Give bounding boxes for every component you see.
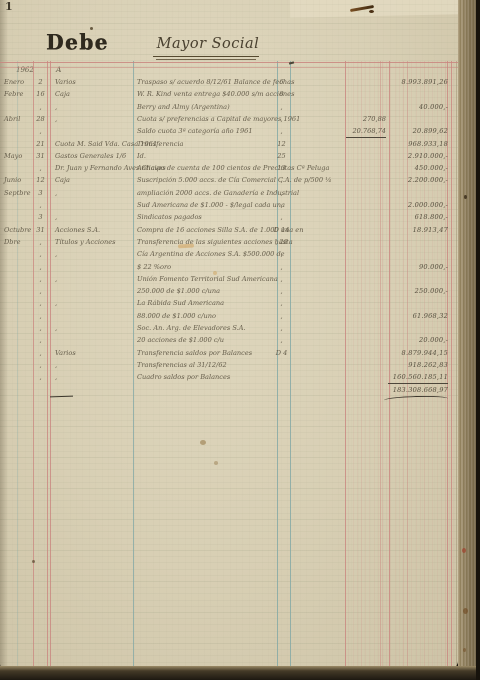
- cell-day: ‚: [34, 273, 47, 285]
- cell-amount: 968.933,18: [388, 138, 448, 150]
- cell-account: Títulos y Acciones: [55, 236, 135, 248]
- ink-tick: [289, 61, 294, 64]
- cell-desc: W. R. Kind venta entrega $40.000 s/m acc…: [137, 88, 273, 100]
- title-underline-2: [156, 59, 256, 60]
- cell-day: 28: [34, 113, 47, 125]
- cell-day: ‚: [34, 285, 47, 297]
- book-bottom-edge: [0, 666, 476, 680]
- ledger-row: ‚VariosTransferencia saldos por Balances…: [0, 347, 458, 359]
- ledger-row: ‚‚Berry and Almy (Argentina)‚40.000,-: [0, 101, 458, 113]
- cell-account: Varios: [55, 347, 135, 359]
- cell-folio: D 14: [273, 224, 290, 236]
- ledger-row: ‚Dr. Juan y Fernando Aves ChavesAnticipo…: [0, 162, 458, 174]
- cell-amount: 618.800,-: [388, 211, 448, 223]
- cell-desc: Compra de 16 acciones Silla S.A. de 1.00…: [137, 224, 273, 236]
- cell-folio: ‚: [273, 285, 290, 297]
- orange-stain: [178, 244, 194, 249]
- ledger-row: ‚‚Unión Fomento Territorial Sud American…: [0, 273, 458, 285]
- ledger-row: ‚Sud Americana de $1.000 - $/legal cada …: [0, 199, 458, 211]
- cell-account: ‚: [55, 211, 135, 223]
- cell-account: Caja: [55, 88, 135, 100]
- cell-date: Octubre: [4, 224, 33, 236]
- ledger-row: Febre16CajaW. R. Kind venta entrega $40.…: [0, 88, 458, 100]
- cell-day: ‚: [34, 310, 47, 322]
- ledger-row: ‚‚Cía Argentina de Acciones S.A. $500.00…: [0, 248, 458, 260]
- cell-date: Mayo: [4, 150, 33, 162]
- ledger-row: ‚‚La Rábida Sud Americana‚: [0, 297, 458, 309]
- cell-desc: Cuota s/ preferencias a Capital de mayor…: [137, 113, 273, 125]
- cell-desc: Soc. An. Arg. de Elevadores S.A.: [137, 322, 273, 334]
- cell-day: ‚: [34, 199, 47, 211]
- total-rule-left: [50, 396, 73, 398]
- stain-dot: [200, 440, 206, 445]
- cell-account: Varios: [55, 76, 135, 88]
- cell-day: ‚: [34, 347, 47, 359]
- cell-desc: $ 22 %oro: [137, 261, 273, 273]
- cell-amount: 450.000,-: [388, 162, 448, 174]
- ledger-row: ‚‚Cuadro saldos por Balances160.560.185,…: [0, 371, 458, 383]
- ledger-row: 3‚Sindicatos pagados‚618.800,-: [0, 211, 458, 223]
- page-number: 1: [5, 0, 13, 13]
- ledger-book-photo: 1 Debe Mayor Social 1962 A Enero2VariosT…: [0, 0, 480, 680]
- cell-day: ‚: [34, 101, 47, 113]
- ledger-row: ‚20 acciones de $1.000 c/u‚20.000,-: [0, 334, 458, 346]
- cell-day: 3: [34, 211, 47, 223]
- cell-day: ‚: [34, 359, 47, 371]
- cell-desc: Transferencia saldos por Balances: [137, 347, 273, 359]
- stain-dot: [213, 271, 217, 275]
- cell-day: 31: [34, 224, 47, 236]
- cell-desc: Saldo cuota 3ª categoría año 1961: [137, 125, 273, 137]
- cell-folio: 8: [273, 88, 290, 100]
- page-title-debe: Debe: [46, 29, 109, 54]
- cell-folio: 6: [273, 76, 290, 88]
- cell-desc: La Rábida Sud Americana: [137, 297, 273, 309]
- cell-desc: Cuadro saldos por Balances: [137, 371, 273, 383]
- edge-mark-red: [462, 548, 466, 553]
- cell-day: ‚: [34, 162, 47, 174]
- cell-day: ‚: [34, 371, 47, 383]
- cell-desc: Id.: [137, 150, 273, 162]
- cell-folio: ‚: [273, 113, 290, 125]
- ledger-row: ‚88.000 de $1.000 c/uno‚61.968,32: [0, 310, 458, 322]
- cell-amount: 90.000,-: [388, 261, 448, 273]
- ledger-row: Septbre3‚ampliación 2000 accs. de Ganade…: [0, 187, 458, 199]
- cell-desc: Transferencia: [137, 138, 273, 150]
- cell-account: ‚: [55, 273, 135, 285]
- ledger-row: ‚250.000 de $1.000 c/una‚250.000,-: [0, 285, 458, 297]
- cell-desc: 88.000 de $1.000 c/uno: [137, 310, 273, 322]
- cell-account: ‚: [55, 248, 135, 260]
- cell-amount: 160.560.185,11: [388, 371, 448, 384]
- cell-folio: 13: [273, 162, 290, 174]
- cell-desc: ampliación 2000 accs. de Ganadería e Ind…: [137, 187, 273, 199]
- cell-amount: 2.200.000,-: [388, 174, 448, 186]
- edge-speck: [464, 195, 467, 199]
- cell-date: Enero: [4, 76, 33, 88]
- stain-dot: [32, 560, 35, 563]
- cell-day: 21: [34, 138, 47, 150]
- ledger-row: Octubre31Acciones S.A.Compra de 16 accio…: [0, 224, 458, 236]
- ledger-row: 21Cuota M. Said Vda. Casa 1961Transferen…: [0, 138, 458, 150]
- cell-folio: ‚: [273, 101, 290, 113]
- book-fore-edge: [458, 0, 476, 672]
- cell-amount: 18.913,47: [388, 224, 448, 236]
- paper-speck: [90, 27, 93, 30]
- cell-amount: 61.968,32: [388, 310, 448, 322]
- title-underline: [153, 56, 259, 57]
- cell-account: Cuota M. Said Vda. Casa 1961: [55, 138, 135, 150]
- cell-day: ‚: [34, 297, 47, 309]
- cell-desc: 20 acciones de $1.000 c/u: [137, 334, 273, 346]
- cell-folio: 12: [273, 138, 290, 150]
- ledger-row: ‚‚Transferencias al 31/12/62918.262,83: [0, 359, 458, 371]
- cell-desc: Traspaso s/ acuerdo 8/12/61 Balance de f…: [137, 76, 273, 88]
- background-right: [476, 0, 480, 680]
- cell-desc: Suscripción 5.000 accs. de Cía Comercial…: [137, 174, 273, 186]
- cell-amount: 40.000,-: [388, 101, 448, 113]
- cell-account: Gastos Generales 1/6: [55, 150, 135, 162]
- cell-sub: 270,88: [346, 113, 386, 125]
- cell-folio: D 4: [273, 347, 290, 359]
- cell-day: ‚: [34, 261, 47, 273]
- cell-folio: ‚: [273, 125, 290, 137]
- cell-folio: ‚: [273, 273, 290, 285]
- cell-date: Dbre: [4, 236, 33, 248]
- cell-day: 2: [34, 76, 47, 88]
- cell-desc: Sindicatos pagados: [137, 211, 273, 223]
- stain-dot: [214, 461, 218, 465]
- cell-account: Dr. Juan y Fernando Aves Chaves: [55, 162, 135, 174]
- cell-amount: 2.000.000,-: [388, 199, 448, 211]
- ledger-row: Junio12CajaSuscripción 5.000 accs. de Cí…: [0, 174, 458, 186]
- cell-account: Acciones S.A.: [55, 224, 135, 236]
- cell-desc: Anticipo de cuenta de 100 cientos de Pre…: [137, 162, 273, 174]
- cell-sub: 20.768,74: [346, 125, 386, 138]
- cell-account: Caja: [55, 174, 135, 186]
- cell-desc: Transferencia de las siguientes acciones…: [137, 236, 273, 248]
- cell-day: ‚: [34, 322, 47, 334]
- cell-account: ‚: [55, 297, 135, 309]
- cell-day: 31: [34, 150, 47, 162]
- cell-folio: ‚: [273, 174, 290, 186]
- ledger-row: ‚Saldo cuota 3ª categoría año 1961‚20.76…: [0, 125, 458, 137]
- cell-folio: ‚: [273, 199, 290, 211]
- cell-day: 3: [34, 187, 47, 199]
- cell-desc: Unión Fomento Territorial Sud Americana: [137, 273, 273, 285]
- cell-day: ‚: [34, 125, 47, 137]
- cell-date: Abril: [4, 113, 33, 125]
- cell-amount: 20.899,62: [388, 125, 448, 137]
- cell-folio: ‚: [273, 334, 290, 346]
- page-title-mayor-social: Mayor Social: [153, 36, 263, 52]
- edge-mark: [463, 648, 466, 652]
- cell-day: 16: [34, 88, 47, 100]
- cell-amount: 250.000,-: [388, 285, 448, 297]
- cell-day: ‚: [34, 236, 47, 248]
- cell-amount: 8.879.944,15: [388, 347, 448, 359]
- ledger-row: Mayo31Gastos Generales 1/6Id.252.910.000…: [0, 150, 458, 162]
- cell-account: ‚: [55, 371, 135, 383]
- cell-folio: ‚: [273, 211, 290, 223]
- cell-amount: 918.262,83: [388, 359, 448, 371]
- cell-desc: Transferencias al 31/12/62: [137, 359, 273, 371]
- ledger-page: 1 Debe Mayor Social 1962 A Enero2VariosT…: [0, 0, 458, 668]
- ledger-row: Abril28‚Cuota s/ preferencias a Capital …: [0, 113, 458, 125]
- ledger-row: Enero2VariosTraspaso s/ acuerdo 8/12/61 …: [0, 76, 458, 88]
- cell-account: ‚: [55, 359, 135, 371]
- cell-desc: Berry and Almy (Argentina): [137, 101, 273, 113]
- cell-folio: ‚ 28: [273, 236, 290, 248]
- cell-folio: 25: [273, 150, 290, 162]
- cell-date: Septbre: [4, 187, 33, 199]
- cell-day: ‚: [34, 248, 47, 260]
- cell-desc: Cía Argentina de Acciones S.A. $500.000 …: [137, 248, 273, 260]
- cell-account: ‚: [55, 322, 135, 334]
- cell-desc: 250.000 de $1.000 c/una: [137, 285, 273, 297]
- cell-folio: ‚: [273, 310, 290, 322]
- underlying-page-edge: [290, 0, 460, 18]
- cell-desc: Sud Americana de $1.000 - $/legal cada u…: [137, 199, 273, 211]
- cell-account: ‚: [55, 101, 135, 113]
- cell-folio: ‚: [273, 261, 290, 273]
- ledger-row: ‚‚Soc. An. Arg. de Elevadores S.A.‚: [0, 322, 458, 334]
- cell-folio: ‚: [273, 297, 290, 309]
- cell-account: ‚: [55, 113, 135, 125]
- grand-total-flourish-rule: [384, 395, 448, 404]
- cell-folio: ‚: [273, 248, 290, 260]
- cell-amount: 183.308.668,97: [388, 384, 448, 396]
- edge-mark: [463, 608, 468, 614]
- cell-date: Febre: [4, 88, 33, 100]
- header-rule: [0, 67, 458, 68]
- ledger-row: 183.308.668,97: [0, 384, 458, 396]
- ledger-row: ‚$ 22 %oro‚90.000,-: [0, 261, 458, 273]
- cell-date: Junio: [4, 174, 33, 186]
- cell-folio: ‚: [273, 187, 290, 199]
- cell-amount: 20.000,-: [388, 334, 448, 346]
- cell-day: ‚: [34, 334, 47, 346]
- cell-day: 12: [34, 174, 47, 186]
- cell-amount: 2.910.000,-: [388, 150, 448, 162]
- cell-account: ‚: [55, 187, 135, 199]
- cell-folio: ‚: [273, 322, 290, 334]
- ledger-row: Dbre‚Títulos y AccionesTransferencia de …: [0, 236, 458, 248]
- cell-amount: 8.993.891,26: [388, 76, 448, 88]
- ink-speck: [369, 10, 374, 13]
- header-rule: [0, 62, 458, 63]
